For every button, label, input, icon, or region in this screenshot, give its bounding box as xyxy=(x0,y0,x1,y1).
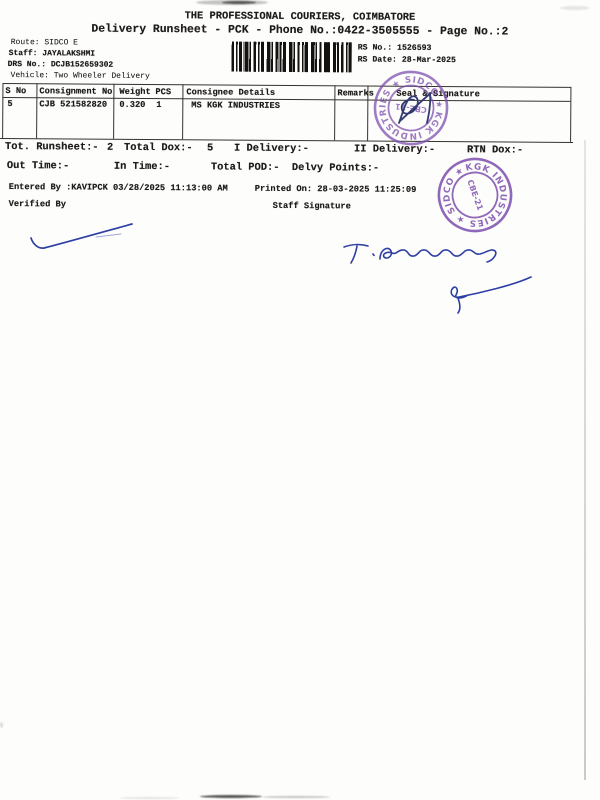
scan-artifact xyxy=(222,1,256,4)
scan-artifact xyxy=(0,722,3,728)
staff-signature xyxy=(344,245,531,313)
scan-edge-line xyxy=(584,140,586,780)
scan-artifact xyxy=(560,6,590,10)
scanned-delivery-runsheet: THE PROFESSIONAL COURIERS, COIMBATORE De… xyxy=(0,0,600,800)
verified-by-signature xyxy=(31,224,132,248)
scan-artifact xyxy=(200,795,262,798)
handwritten-ink-layer xyxy=(0,0,600,800)
scan-artifact xyxy=(262,796,330,798)
scan-artifact xyxy=(120,797,180,799)
stamp-signature-scrawl xyxy=(399,93,431,123)
